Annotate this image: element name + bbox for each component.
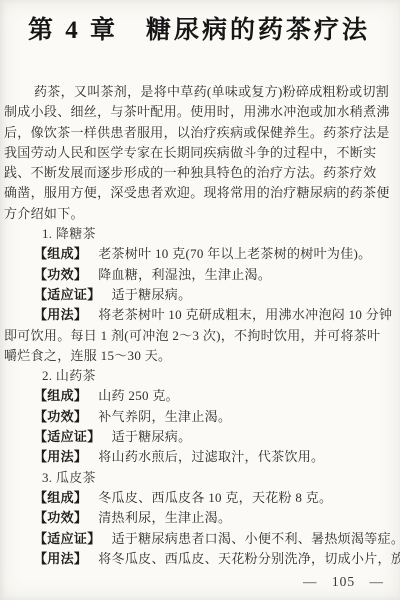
field-text: 将冬瓜皮、西瓜皮、天花粉分别洗净，切成小片，放入 — [98, 551, 400, 566]
intro-line: 药茶，又叫茶剂，是将中草药(单味或复方)粉碎成粗粉或切割 — [4, 82, 394, 102]
field-text: 山药 250 克。 — [98, 388, 179, 403]
recipe-2-effect: 【功效】补气养阴，生津止渴。 — [4, 407, 394, 427]
intro-line: 后，像饮茶一样供患者服用，以治疗疾病或保健养生。药茶疗法是 — [4, 123, 394, 143]
chapter-title: 第 4 章 糖尿病的药茶疗法 — [4, 16, 394, 46]
recipe-3-usage: 【用法】将冬瓜皮、西瓜皮、天花粉分别洗净，切成小片，放入 — [4, 549, 394, 569]
field-label: 【用法】 — [34, 307, 87, 322]
recipe-3-heading: 3. 瓜皮茶 — [4, 468, 394, 488]
recipe-2-heading: 2. 山药茶 — [4, 366, 394, 386]
field-label: 【用法】 — [34, 551, 87, 566]
field-label: 【适应证】 — [34, 531, 101, 546]
field-text: 适于糖尿病。 — [112, 287, 192, 302]
recipe-3-indication: 【适应证】适于糖尿病患者口渴、小便不利、暑热烦渴等症。 — [4, 529, 394, 549]
field-text: 冬瓜皮、西瓜皮各 10 克，天花粉 8 克。 — [98, 490, 332, 505]
field-text: 将老茶树叶 10 克研成粗末，用沸水冲泡闷 10 分钟 — [98, 307, 392, 322]
field-text: 将山药水煎后，过滤取汁，代茶饮用。 — [98, 449, 324, 464]
body-text: 药茶，又叫茶剂，是将中草药(单味或复方)粉碎成粗粉或切割 制成小段、细丝，与茶叶… — [4, 82, 394, 569]
field-text: 降血糖，利湿浊，生津止渴。 — [98, 267, 271, 282]
intro-line: 我国劳动人民和医学专家在长期同疾病做斗争的过程中，不断实 — [4, 143, 394, 163]
field-label: 【适应证】 — [34, 429, 101, 444]
field-text: 补气养阴，生津止渴。 — [98, 409, 231, 424]
recipe-1-effect: 【功效】降血糖，利湿浊，生津止渴。 — [4, 265, 394, 285]
field-label: 【组成】 — [34, 490, 87, 505]
recipe-1-heading: 1. 降糖茶 — [4, 224, 394, 244]
recipe-1-usage-cont: 即可饮用。每日 1 剂(可冲泡 2～3 次)，不拘时饮用，并可将茶叶 — [4, 326, 394, 346]
field-text: 适于糖尿病。 — [112, 429, 192, 444]
intro-line: 确凿，服用方便，深受患者欢迎。现将常用的治疗糖尿病的药茶便 — [4, 183, 394, 203]
recipe-1-usage: 【用法】将老茶树叶 10 克研成粗末，用沸水冲泡闷 10 分钟 — [4, 305, 394, 325]
field-label: 【组成】 — [34, 388, 87, 403]
field-label: 【适应证】 — [34, 287, 101, 302]
field-label: 【用法】 — [34, 449, 87, 464]
intro-line: 方介绍如下。 — [4, 204, 394, 224]
field-text: 适于糖尿病患者口渴、小便不利、暑热烦渴等症。 — [112, 531, 400, 546]
recipe-1-usage-cont: 嚼烂食之，连服 15～30 天。 — [4, 346, 394, 366]
recipe-3-composition: 【组成】冬瓜皮、西瓜皮各 10 克，天花粉 8 克。 — [4, 488, 394, 508]
intro-line: 制成小段、细丝，与茶叶配用。使用时，用沸水冲泡或加水稍煮沸 — [4, 102, 394, 122]
recipe-1-indication: 【适应证】适于糖尿病。 — [4, 285, 394, 305]
book-page: 第 4 章 糖尿病的药茶疗法 药茶，又叫茶剂，是将中草药(单味或复方)粉碎成粗粉… — [0, 0, 400, 600]
field-label: 【功效】 — [34, 409, 87, 424]
recipe-2-composition: 【组成】山药 250 克。 — [4, 386, 394, 406]
recipe-3-effect: 【功效】清热利尿，生津止渴。 — [4, 508, 394, 528]
recipe-2-usage: 【用法】将山药水煎后，过滤取汁，代茶饮用。 — [4, 447, 394, 467]
field-label: 【组成】 — [34, 246, 87, 261]
page-number: — 105 — — [303, 574, 384, 590]
field-label: 【功效】 — [34, 510, 87, 525]
recipe-2-indication: 【适应证】适于糖尿病。 — [4, 427, 394, 447]
intro-line: 践、不断发展而逐步形成的一种独具特色的治疗方法。药茶疗效 — [4, 163, 394, 183]
field-text: 清热利尿，生津止渴。 — [98, 510, 231, 525]
field-label: 【功效】 — [34, 267, 87, 282]
field-text: 老茶树叶 10 克(70 年以上老茶树的树叶为佳)。 — [98, 246, 371, 261]
recipe-1-composition: 【组成】老茶树叶 10 克(70 年以上老茶树的树叶为佳)。 — [4, 244, 394, 264]
